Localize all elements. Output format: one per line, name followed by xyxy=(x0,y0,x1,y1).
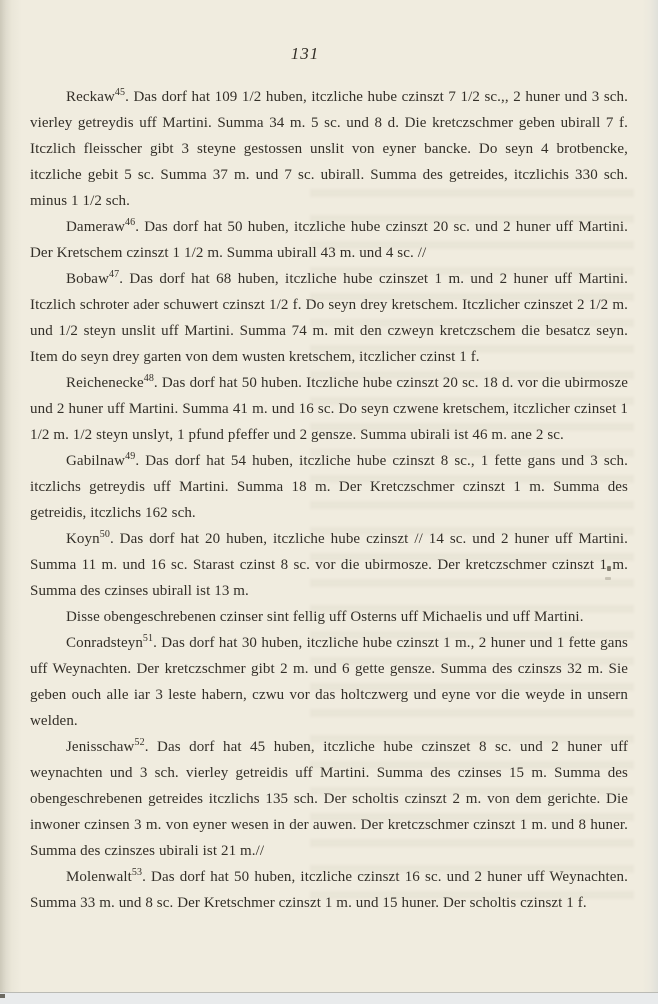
entry-text: . Das dorf hat 45 huben, itczliche hube … xyxy=(30,739,628,859)
register-entry: Reichenecke48. Das dorf hat 50 huben. It… xyxy=(30,370,628,448)
footnote-ref: 49 xyxy=(125,451,135,462)
scan-bottom-speck xyxy=(0,994,5,998)
footnote-ref: 48 xyxy=(144,373,154,384)
footnote-ref: 50 xyxy=(100,529,110,540)
village-name: Dameraw xyxy=(66,219,125,235)
village-name: Reichenecke xyxy=(66,375,144,391)
footnote-ref: 47 xyxy=(109,269,119,280)
scan-speck xyxy=(607,566,611,571)
scan-bottom-edge xyxy=(0,992,658,1004)
footnote-ref: 52 xyxy=(135,737,145,748)
village-name: Molenwalt xyxy=(66,869,132,885)
text-block: Reckaw45. Das dorf hat 109 1/2 huben, it… xyxy=(30,84,628,916)
village-name: Conradsteyn xyxy=(66,635,143,651)
register-entry: Jenisschaw52. Das dorf hat 45 huben, itc… xyxy=(30,734,628,864)
page-number: 131 xyxy=(0,44,634,64)
footnote-ref: 51 xyxy=(143,633,153,644)
entry-text: . Das dorf hat 68 huben, itczliche hube … xyxy=(30,271,628,365)
page-left-edge-shadow xyxy=(0,0,22,1004)
footnote-ref: 46 xyxy=(125,217,135,228)
page-right-edge-shadow xyxy=(642,0,658,1004)
village-name: Bobaw xyxy=(66,271,109,287)
register-entry: Molenwalt53. Das dorf hat 50 huben, itcz… xyxy=(30,864,628,916)
register-entry: Reckaw45. Das dorf hat 109 1/2 huben, it… xyxy=(30,84,628,214)
village-name: Koyn xyxy=(66,531,100,547)
village-name: Gabilnaw xyxy=(66,453,125,469)
register-entry: Dameraw46. Das dorf hat 50 huben, itczli… xyxy=(30,214,628,266)
entry-text: . Das dorf hat 109 1/2 huben, itczliche … xyxy=(30,89,628,209)
entry-text: . Das dorf hat 20 huben, itczliche hube … xyxy=(30,531,628,599)
register-entry: Bobaw47. Das dorf hat 68 huben, itczlich… xyxy=(30,266,628,370)
register-entry: Conradsteyn51. Das dorf hat 30 huben, it… xyxy=(30,630,628,734)
village-name: Jenisschaw xyxy=(66,739,135,755)
scan-speck-faint xyxy=(605,577,611,580)
register-entry: Disse obengeschrebenen czinser sint fell… xyxy=(30,604,628,630)
register-entry: Gabilnaw49. Das dorf hat 54 huben, itczl… xyxy=(30,448,628,526)
register-entry: Koyn50. Das dorf hat 20 huben, itczliche… xyxy=(30,526,628,604)
scanned-book-page: 131 Reckaw45. Das dorf hat 109 1/2 huben… xyxy=(0,0,658,1004)
village-name: Reckaw xyxy=(66,89,115,105)
footnote-ref: 45 xyxy=(115,87,125,98)
footnote-ref: 53 xyxy=(132,867,142,878)
entry-text: Disse obengeschrebenen czinser sint fell… xyxy=(66,609,584,625)
